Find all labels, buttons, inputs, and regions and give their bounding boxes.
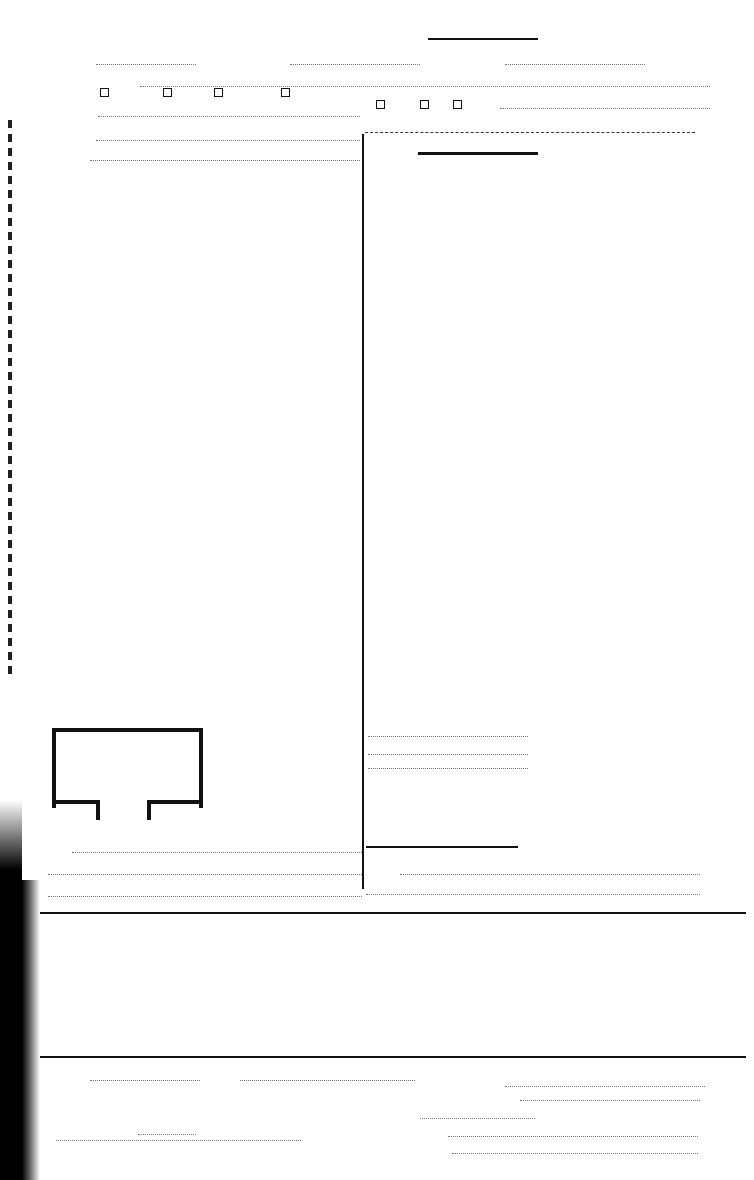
misc-right-field-2[interactable] (366, 894, 700, 895)
widow-checkbox[interactable] (453, 100, 464, 109)
lot-diagram-edge (147, 800, 199, 804)
footer-line (56, 1140, 301, 1141)
charges-box-border (362, 134, 364, 889)
ledger-underline (366, 846, 518, 848)
yearly-no-field[interactable] (290, 64, 420, 65)
date-of-entry-line (505, 64, 645, 65)
address-footer-field[interactable] (452, 1153, 698, 1154)
ledger-top-rule (40, 912, 746, 914)
single-checkbox[interactable] (163, 88, 174, 97)
widowed-checkbox[interactable] (214, 88, 225, 97)
divider (365, 132, 695, 134)
residence-line (98, 116, 360, 117)
misc-dots (48, 874, 362, 875)
divorced-checkbox[interactable] (281, 88, 292, 97)
firm-field[interactable] (520, 1100, 700, 1101)
lodges-field[interactable] (240, 1080, 415, 1081)
husband-checkbox[interactable] (376, 100, 387, 109)
total-no-line (96, 64, 196, 65)
married-checkbox[interactable] (100, 88, 111, 97)
charge-to-line (96, 140, 360, 141)
lot-diagram-edge (96, 800, 100, 820)
lot-diagram (52, 728, 203, 808)
ins-co-field[interactable] (505, 1086, 705, 1087)
name-line (140, 86, 710, 87)
misc-right-field[interactable] (400, 874, 700, 875)
misc-dots (72, 852, 362, 853)
signed-field[interactable] (448, 1136, 698, 1137)
scan-smudge (0, 880, 40, 1180)
ledger-bottom-rule (40, 1056, 746, 1058)
newspapers-field[interactable] (368, 736, 528, 737)
scan-smudge (0, 800, 22, 900)
title-underline (428, 38, 538, 40)
wife-checkbox[interactable] (420, 100, 431, 109)
newspapers-field-3[interactable] (368, 768, 528, 769)
lot-diagram-edge (52, 800, 100, 804)
race-field[interactable] (500, 108, 710, 109)
scan-edge-mark (8, 120, 12, 680)
misc-dots (48, 896, 362, 897)
newspapers-field-2[interactable] (368, 754, 528, 755)
header-underline (418, 152, 538, 155)
days-field[interactable] (420, 1118, 535, 1119)
rate-field[interactable] (138, 1134, 196, 1135)
lot-diagram-edge (147, 800, 151, 820)
address-line (90, 160, 360, 161)
insurance-field[interactable] (90, 1080, 200, 1081)
